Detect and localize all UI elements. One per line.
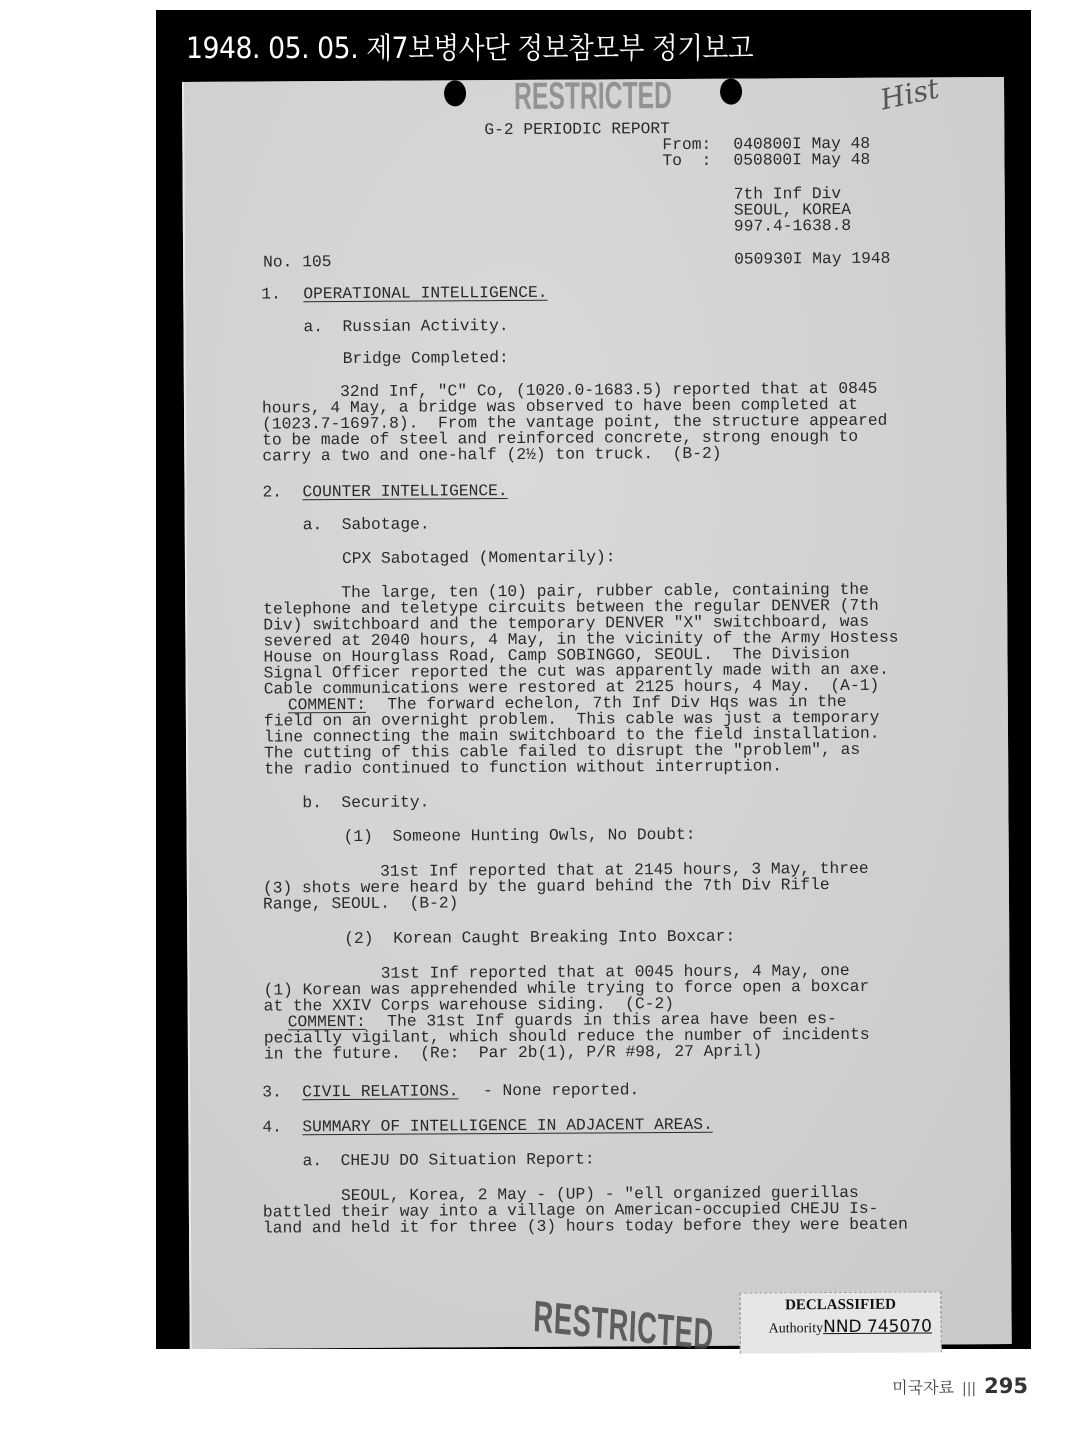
date-time-group: 050930I May 1948 bbox=[734, 251, 890, 268]
document-scan: RESTRICTED Hist G-2 PERIODIC REPORT From… bbox=[182, 77, 1012, 1349]
page-number: 295 bbox=[984, 1374, 1028, 1398]
authority-number: NND 745070 bbox=[823, 1316, 932, 1337]
item-1-title: Someone Hunting Owls, No Doubt: bbox=[393, 827, 696, 845]
handwritten-note: Hist bbox=[877, 72, 942, 117]
section-3-number: 3. bbox=[262, 1084, 282, 1100]
section-1-subheading: Russian Activity. bbox=[342, 318, 508, 335]
section-2-sub: a. bbox=[303, 517, 323, 533]
section-4-sub: a. bbox=[303, 1153, 323, 1169]
to-value: 050800I May 48 bbox=[733, 152, 870, 169]
to-label: To : bbox=[662, 153, 711, 170]
declassified-authority: AuthorityNND 745070 bbox=[769, 1316, 932, 1337]
page-title: 1948. 05. 05. 제7보병사단 정보참모부 정기보고 bbox=[186, 26, 753, 67]
section-2-subheading: Sabotage. bbox=[342, 516, 430, 533]
item-1-number: (1) bbox=[344, 829, 373, 845]
section-1-number: 1. bbox=[261, 286, 281, 302]
report-number: No. 105 bbox=[263, 254, 332, 271]
section-4-heading: SUMMARY OF INTELLIGENCE IN ADJACENT AREA… bbox=[302, 1117, 712, 1136]
section-2-heading: COUNTER INTELLIGENCE. bbox=[302, 483, 507, 501]
section-2-number: 2. bbox=[262, 484, 282, 500]
section-1-heading: OPERATIONAL INTELLIGENCE. bbox=[303, 285, 547, 303]
punch-hole-icon bbox=[444, 80, 466, 106]
section-3-status: - None reported. bbox=[473, 1082, 639, 1099]
section-1-sub: a. bbox=[303, 319, 323, 335]
section-2b-heading: Security. bbox=[341, 795, 429, 812]
photo-frame: 1948. 05. 05. 제7보병사단 정보참모부 정기보고 RESTRICT… bbox=[156, 10, 1031, 1349]
section-4-subheading: CHEJU DO Situation Report: bbox=[341, 1151, 595, 1169]
coordinates: 997.4-1638.8 bbox=[734, 218, 851, 235]
page-footer: 미국자료|||295 bbox=[892, 1374, 1028, 1398]
section-1-item-title: Bridge Completed: bbox=[343, 350, 509, 367]
section-2b-sub: b. bbox=[302, 795, 322, 811]
report-title: G-2 PERIODIC REPORT bbox=[484, 121, 670, 138]
item-2-number: (2) bbox=[344, 931, 373, 947]
declassified-stamp: DECLASSIFIED AuthorityNND 745070 bbox=[739, 1291, 941, 1353]
punch-hole-icon bbox=[720, 79, 742, 105]
section-3-heading: CIVIL RELATIONS. bbox=[302, 1083, 458, 1100]
footer-separator: ||| bbox=[962, 1381, 976, 1397]
item-2-title: Korean Caught Breaking Into Boxcar: bbox=[393, 929, 735, 947]
section-4-number: 4. bbox=[262, 1119, 282, 1135]
footer-section-label: 미국자료 bbox=[892, 1378, 954, 1397]
restricted-stamp-top: RESTRICTED bbox=[514, 75, 672, 119]
restricted-stamp-bottom: RESTRICTED bbox=[533, 1292, 715, 1361]
section-2-item-title: CPX Sabotaged (Momentarily): bbox=[342, 549, 616, 567]
declassified-title: DECLASSIFIED bbox=[740, 1296, 940, 1314]
